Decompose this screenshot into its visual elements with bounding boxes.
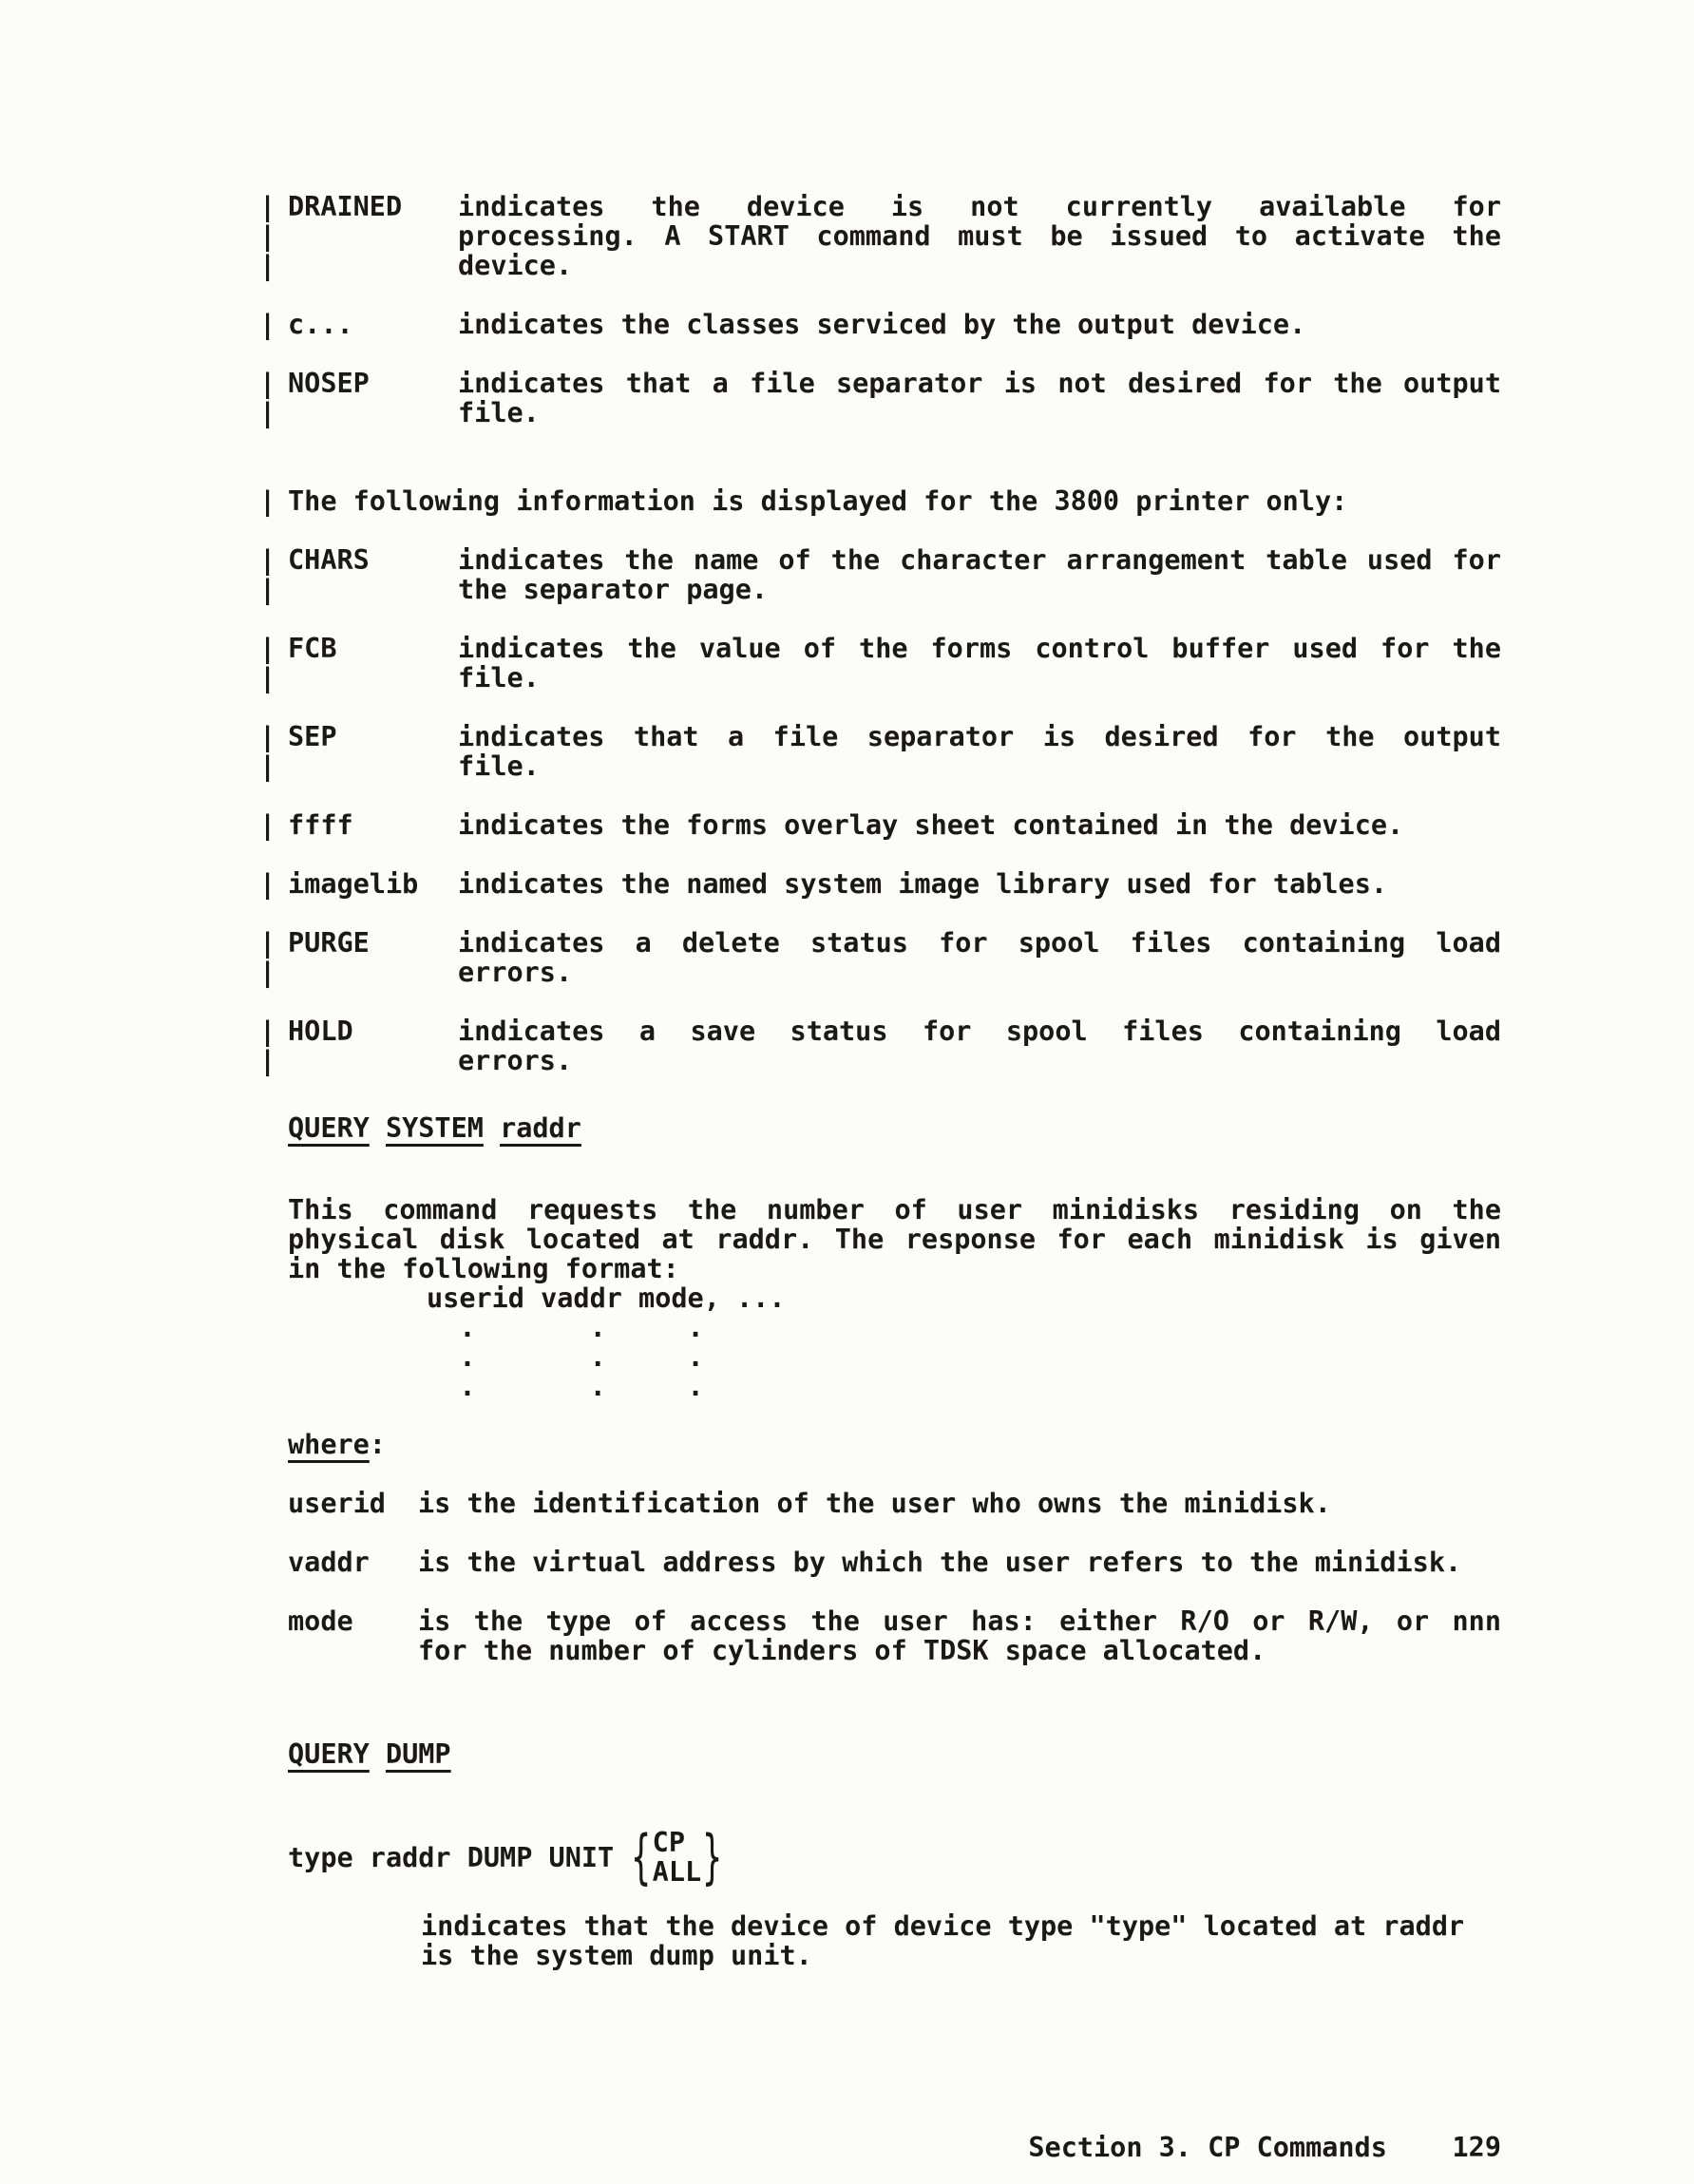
definition-line: is the system dump unit. <box>421 1941 1501 1970</box>
definition-text: indicates a save status for spool files … <box>458 1016 1501 1075</box>
definition-line: indicates the forms overlay sheet contai… <box>458 810 1501 840</box>
change-bar: | <box>259 810 288 840</box>
definition-line: processing. A START command must be issu… <box>458 221 1501 251</box>
page-footer: Section 3. CP Commands129 <box>259 2103 1501 2184</box>
definition-text: is the type of access the user has: eith… <box>418 1606 1501 1665</box>
definition-line: indicates the value of the forms control… <box>458 634 1501 663</box>
definition-text: indicates the name of the character arra… <box>458 545 1501 604</box>
manual-page-scan: | | | DRAINED indicates the device is no… <box>0 0 1694 2184</box>
change-bar: | <box>259 310 288 339</box>
footer-page-number: 129 <box>1453 2132 1501 2163</box>
change-bar: | | <box>259 634 288 693</box>
definition-term: imagelib <box>288 869 458 899</box>
definition-line: file. <box>458 751 1501 781</box>
footer-section-label: Section 3. CP Commands <box>1028 2132 1387 2163</box>
syntax-option-all: ALL <box>653 1857 701 1887</box>
where-entry-mode: mode is the type of access the user has:… <box>288 1606 1501 1665</box>
definition-term: vaddr <box>288 1548 418 1577</box>
query-dump-syntax-line: type raddr DUMP UNIT { CP ALL } <box>288 1828 1501 1887</box>
definition-term: HOLD <box>288 1016 458 1075</box>
definition-entry-classes: | c... indicates the classes serviced by… <box>259 310 1501 339</box>
definition-line: indicates that a file separator is not d… <box>458 369 1501 398</box>
definition-line: indicates that the device of device type… <box>421 1911 1501 1941</box>
definition-text: indicates that a file separator is desir… <box>458 722 1501 781</box>
definition-entry-purge: | | PURGE indicates a delete status for … <box>259 928 1501 987</box>
definition-term: DRAINED <box>288 192 458 280</box>
definition-text: indicates the forms overlay sheet contai… <box>458 810 1501 840</box>
definition-entry-sep: | | SEP indicates that a file separator … <box>259 722 1501 781</box>
section-heading-query-dump: QUERYDUMP <box>288 1739 1501 1769</box>
where-heading: where: <box>288 1430 1501 1459</box>
change-bar: | | <box>259 369 288 427</box>
change-bar: | | <box>259 722 288 781</box>
definition-line: is the virtual address by which the user… <box>418 1548 1501 1577</box>
change-bar: | <box>259 486 288 516</box>
definition-term: NOSEP <box>288 369 458 427</box>
definition-line: errors. <box>458 1046 1501 1075</box>
definition-line: for the number of cylinders of TDSK spac… <box>418 1636 1501 1665</box>
query-dump-description: indicates that the device of device type… <box>421 1911 1501 1970</box>
definition-line: indicates the named system image library… <box>458 869 1501 899</box>
where-entry-userid: userid is the identification of the user… <box>288 1489 1501 1518</box>
definition-entry-nosep: | | NOSEP indicates that a file separato… <box>259 369 1501 427</box>
change-bar: | | <box>259 928 288 987</box>
definition-line: indicates the classes serviced by the ou… <box>458 310 1501 339</box>
definition-line: file. <box>458 663 1501 693</box>
definition-entry-imagelib: | imagelib indicates the named system im… <box>259 869 1501 899</box>
definition-text: is the identification of the user who ow… <box>418 1489 1501 1518</box>
definition-term: SEP <box>288 722 458 781</box>
change-bar: | | <box>259 545 288 604</box>
definition-line: is the type of access the user has: eith… <box>418 1606 1501 1636</box>
printer-note: | The following information is displayed… <box>259 486 1501 516</box>
definition-text: indicates the classes serviced by the ou… <box>458 310 1501 339</box>
definition-line: indicates a save status for spool files … <box>458 1016 1501 1046</box>
definition-entry-drained: | | | DRAINED indicates the device is no… <box>259 192 1501 280</box>
syntax-options: CP ALL <box>653 1828 701 1887</box>
syntax-prefix: type raddr DUMP UNIT <box>288 1843 614 1872</box>
definition-text: indicates that a file separator is not d… <box>458 369 1501 427</box>
change-bar: | <box>259 869 288 899</box>
change-bar: | | <box>259 1016 288 1075</box>
brace-close-glyph: } <box>703 1828 723 1887</box>
definition-text: is the virtual address by which the user… <box>418 1548 1501 1577</box>
definition-term: userid <box>288 1489 418 1518</box>
heading-word: raddr <box>500 1112 581 1144</box>
heading-word: QUERY <box>288 1738 370 1770</box>
definition-line: the separator page. <box>458 575 1501 604</box>
syntax-option-cp: CP <box>653 1828 701 1857</box>
definition-term: c... <box>288 310 458 339</box>
heading-word: QUERY <box>288 1112 370 1144</box>
where-entry-vaddr: vaddr is the virtual address by which th… <box>288 1548 1501 1577</box>
definition-entry-hold: | | HOLD indicates a save status for spo… <box>259 1016 1501 1075</box>
paragraph-line: in the following format: <box>288 1254 1501 1283</box>
response-format-block: userid vaddr mode, ... . . . . . . . . . <box>427 1283 1501 1401</box>
definition-line: device. <box>458 251 1501 280</box>
definition-line: indicates a delete status for spool file… <box>458 928 1501 958</box>
definition-text: indicates the device is not currently av… <box>458 192 1501 280</box>
definition-term: FCB <box>288 634 458 693</box>
heading-word: DUMP <box>386 1738 451 1770</box>
definition-line: is the identification of the user who ow… <box>418 1489 1501 1518</box>
definition-line: errors. <box>458 958 1501 987</box>
definition-text: indicates the named system image library… <box>458 869 1501 899</box>
page-content: | | | DRAINED indicates the device is no… <box>259 192 1501 1970</box>
brace-open-glyph: { <box>632 1828 652 1887</box>
definition-term: ffff <box>288 810 458 840</box>
change-bar: | | | <box>259 192 288 280</box>
definition-line: indicates the name of the character arra… <box>458 545 1501 575</box>
definition-text: indicates a delete status for spool file… <box>458 928 1501 987</box>
heading-word: SYSTEM <box>386 1112 484 1144</box>
paragraph-line: This command requests the number of user… <box>288 1195 1501 1225</box>
where-colon: : <box>370 1429 386 1460</box>
definition-entry-chars: | | CHARS indicates the name of the char… <box>259 545 1501 604</box>
where-label: where <box>288 1429 370 1460</box>
section-heading-query-system: QUERYSYSTEMraddr <box>288 1113 1501 1143</box>
definition-line: indicates the device is not currently av… <box>458 192 1501 221</box>
definition-term: CHARS <box>288 545 458 604</box>
definition-term: PURGE <box>288 928 458 987</box>
definition-text: indicates the value of the forms control… <box>458 634 1501 693</box>
definition-line: indicates that a file separator is desir… <box>458 722 1501 751</box>
definition-entry-fcb: | | FCB indicates the value of the forms… <box>259 634 1501 693</box>
printer-note-text: The following information is displayed f… <box>288 486 1501 516</box>
definition-line: file. <box>458 398 1501 427</box>
paragraph-line: physical disk located at raddr. The resp… <box>288 1225 1501 1254</box>
query-system-paragraph: This command requests the number of user… <box>288 1195 1501 1283</box>
definition-term: mode <box>288 1606 418 1665</box>
definition-entry-ffff: | ffff indicates the forms overlay sheet… <box>259 810 1501 840</box>
